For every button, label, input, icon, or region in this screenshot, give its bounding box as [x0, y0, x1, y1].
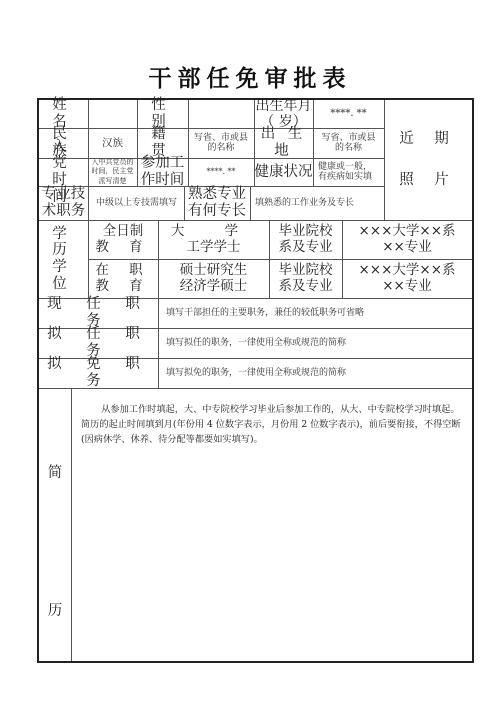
native-place-field[interactable]: 写省、市或县的名称 [188, 128, 254, 158]
edu-fulltime-degree-line1: 大 学 [171, 224, 256, 240]
edu-fulltime-school-label-line1: 毕业院校 [279, 224, 333, 240]
current-position-label: 现 任 职 务 [39, 298, 158, 328]
birth-label: 出生年月 （ 岁） [254, 100, 313, 128]
work-start-label: 参加工 作时间 [137, 158, 188, 186]
native-place-label: 籍 贯 [137, 128, 188, 158]
gender-label: 性 别 [137, 100, 188, 128]
edu-fulltime-school-line1: ×××大学××系 [358, 224, 455, 240]
birth-field[interactable]: ****. ** [313, 100, 384, 128]
gender-field[interactable] [188, 100, 254, 128]
party-join-label: 入 党 时 间 [39, 158, 88, 186]
photo-label-line1: 近 期 [399, 131, 457, 148]
edu-parttime-type-line1: 在 职 [95, 263, 150, 279]
photo-label-line2: 照 片 [399, 172, 457, 189]
education-label: 学 历 学 位 [39, 220, 88, 298]
education-label-line2: 学 位 [39, 259, 88, 292]
removed-position-label: 拟 免 职 务 [39, 358, 158, 388]
edu-parttime-school-label: 毕业院校 系及专业 [269, 259, 342, 298]
form-title: 干部任免审批表 [0, 60, 500, 93]
pro-title-label: 专业技 术职务 [39, 186, 88, 220]
edu-fulltime-school-line2: ××专业 [382, 240, 432, 256]
name-label: 姓 名 [39, 100, 88, 128]
party-join-label-line1: 入 党 [39, 139, 88, 172]
expertise-label: 熟悉专业 有何专长 [184, 186, 250, 220]
pro-title-label-line2: 术职务 [42, 203, 86, 220]
birthplace-field[interactable]: 写省、市或县的名称 [313, 128, 384, 158]
approval-form-table: 姓 名 性 别 出生年月 （ 岁） ****. ** 近 期 照 片 民 族 汉… [37, 98, 474, 663]
health-field[interactable]: 健康或一般，有疾病如实填 [313, 158, 384, 186]
edu-parttime-school-line2: ××专业 [382, 279, 432, 295]
pro-title-label-line1: 专业技 [42, 186, 86, 203]
resume-label-top: 简 [39, 458, 71, 488]
ethnicity-field[interactable]: 汉族 [88, 128, 137, 158]
resume-field[interactable]: 从参加工作时填起，大、中专院校学习毕业后参加工作的，从大、中专院校学习时填起。简… [71, 402, 472, 661]
proposed-position-label: 拟 任 职 务 [39, 328, 158, 358]
edu-fulltime-degree-line2: 工学学士 [187, 240, 241, 256]
edu-parttime-degree-line1: 硕士研究生 [180, 263, 248, 279]
edu-parttime-degree[interactable]: 硕士研究生 经济学硕士 [158, 259, 269, 298]
edu-fulltime-school-label-line2: 系及专业 [279, 240, 333, 256]
proposed-position-field[interactable]: 填写拟任的职务，一律使用全称或规范的简称 [158, 328, 472, 358]
edu-parttime-degree-line2: 经济学硕士 [180, 279, 248, 295]
edu-parttime-school-label-line2: 系及专业 [279, 279, 333, 295]
edu-fulltime-degree[interactable]: 大 学 工学学士 [158, 220, 269, 259]
edu-parttime-type-line2: 教 育 [95, 279, 150, 295]
edu-parttime-school[interactable]: ×××大学××系 ××专业 [342, 259, 472, 298]
removed-position-field[interactable]: 填写拟免的职务，一律使用全称或规范的简称 [158, 358, 472, 388]
party-join-field[interactable]: 入中共党员的时间，民主党派写清楚 [88, 158, 137, 186]
expertise-label-line2: 有何专长 [188, 203, 246, 220]
birth-label-line1: 出生年月 [256, 98, 312, 114]
edu-fulltime-type-line2: 教 育 [95, 240, 150, 256]
edu-fulltime-type-line1: 全日制 [103, 224, 144, 240]
resume-label-bottom: 历 [39, 596, 71, 626]
edu-fulltime-school[interactable]: ×××大学××系 ××专业 [342, 220, 472, 259]
photo-area[interactable]: 近 期 照 片 [384, 100, 472, 220]
edu-parttime-school-line1: ×××大学××系 [358, 263, 455, 279]
edu-parttime-type: 在 职 教 育 [88, 259, 158, 298]
current-position-field[interactable]: 填写干部担任的主要职务，兼任的较低职务可省略 [158, 298, 472, 328]
birthplace-label: 出 生 地 [254, 128, 313, 158]
expertise-label-line1: 熟悉专业 [188, 186, 246, 203]
name-field[interactable] [88, 100, 137, 128]
edu-fulltime-type: 全日制 教 育 [88, 220, 158, 259]
expertise-field[interactable]: 填熟悉的工作业务及专长 [250, 186, 384, 220]
education-label-line1: 学 历 [39, 226, 88, 259]
edu-fulltime-school-label: 毕业院校 系及专业 [269, 220, 342, 259]
work-start-label-line1: 参加工 [141, 155, 185, 172]
pro-title-field[interactable]: 中级以上专技需填写 [88, 186, 184, 220]
health-label: 健康状况 [254, 158, 313, 186]
edu-parttime-school-label-line1: 毕业院校 [279, 263, 333, 279]
work-start-field[interactable]: ****. ** [188, 158, 254, 186]
